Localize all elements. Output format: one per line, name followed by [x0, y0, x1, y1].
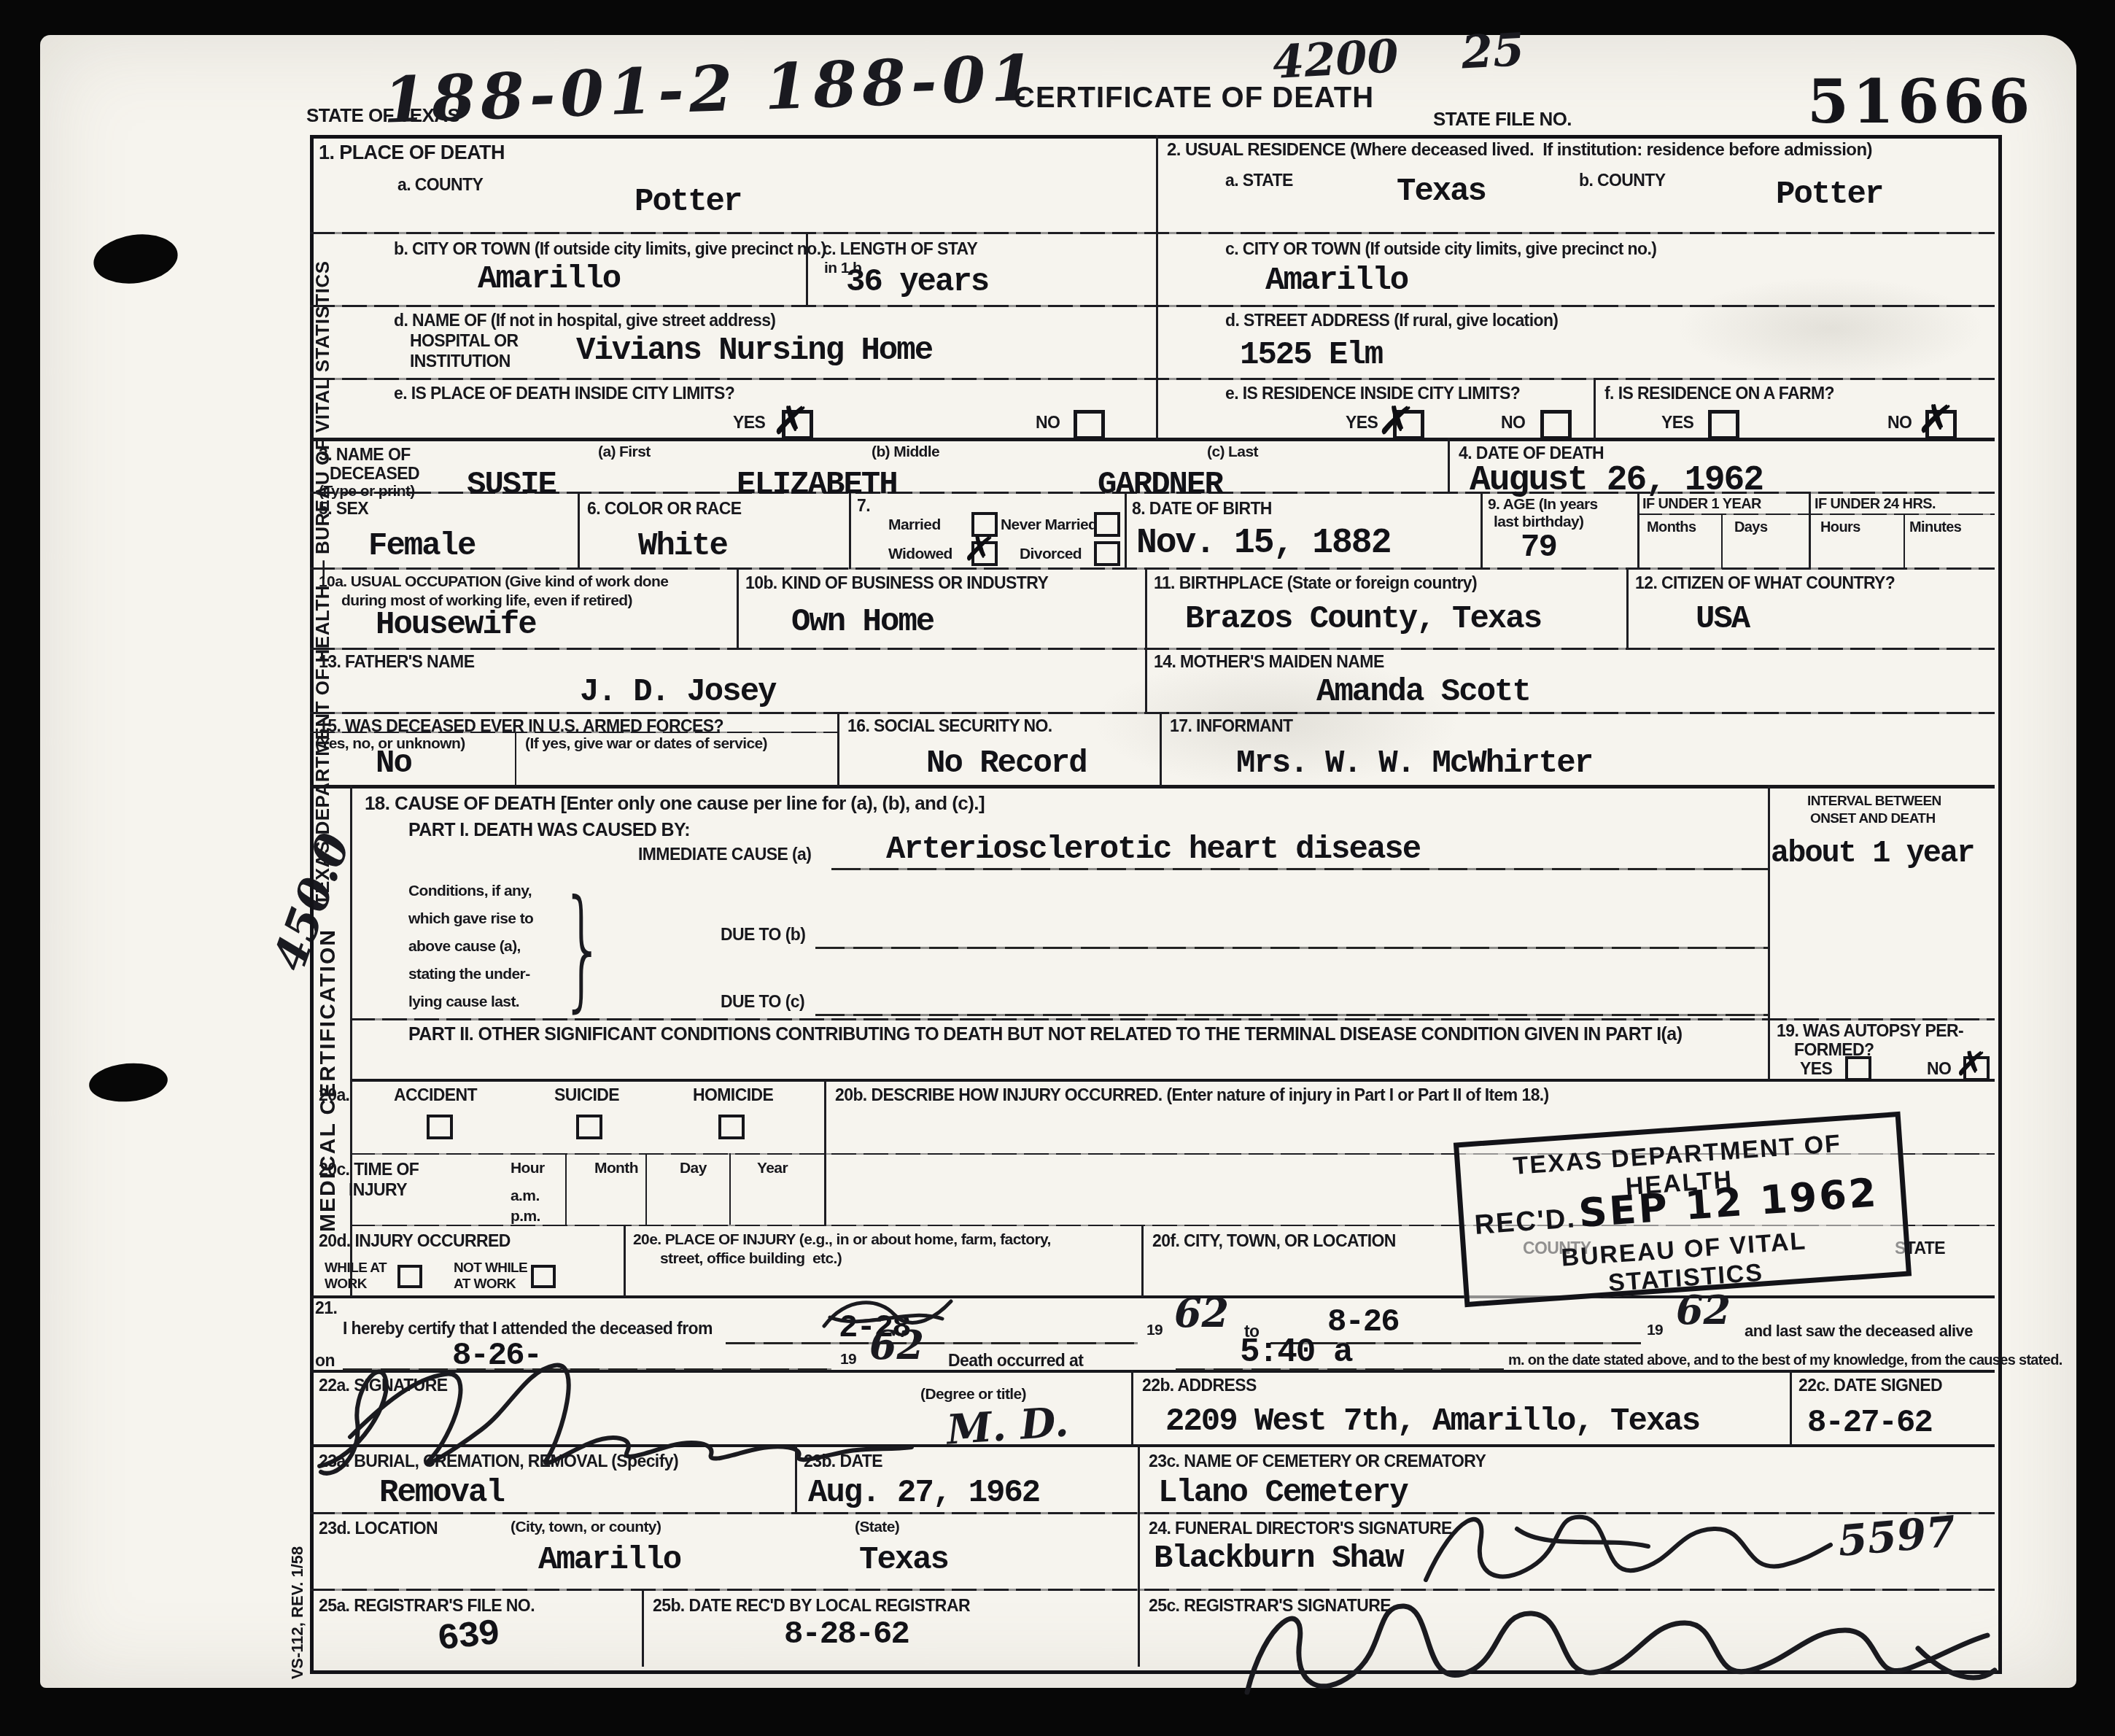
year-19-prefix-b: 19	[1647, 1322, 1663, 1339]
field-2d-value: 1525 Elm	[1240, 337, 1382, 373]
field-3-middle-label: (b) Middle	[872, 443, 939, 461]
field-9-under1-label: IF UNDER 1 YEAR	[1642, 496, 1761, 513]
field-17-value: Mrs. W. W. McWhirter	[1236, 745, 1592, 782]
not-while-at-work-label1: NOT WHILE	[454, 1260, 527, 1276]
field-2e-label: e. IS RESIDENCE INSIDE CITY LIMITS?	[1225, 384, 1520, 403]
grid-line	[1903, 514, 1905, 569]
field-12-value: USA	[1696, 601, 1749, 638]
homicide-label: HOMICIDE	[693, 1085, 773, 1105]
field-9-days-label: Days	[1734, 519, 1767, 536]
stamp-recd-label: REC'D.	[1473, 1203, 1577, 1241]
grid-line	[1160, 712, 1162, 786]
field-20a-label: 20a.	[319, 1085, 349, 1105]
field-2c-label: c. CITY OR TOWN (If outside city limits,…	[1225, 239, 1656, 259]
grid-line	[310, 1295, 1995, 1298]
field-20b-label: 20b. DESCRIBE HOW INJURY OCCURRED. (Ente…	[835, 1085, 1549, 1105]
field-7-never-checkbox	[1094, 512, 1120, 537]
field-10a-label1: 10a. USUAL OCCUPATION (Give kind of work…	[319, 573, 668, 591]
conditions-note-1: Conditions, if any,	[408, 883, 532, 900]
field-17-label: 17. INFORMANT	[1170, 716, 1293, 736]
interval-label2: ONSET AND DEATH	[1810, 811, 1936, 827]
grid-line	[1145, 567, 1147, 713]
field-2f-no-mark: ✗	[1915, 396, 1956, 443]
grid-line	[310, 712, 1995, 714]
not-while-at-work-label2: AT WORK	[454, 1276, 516, 1293]
field-24-label: 24. FUNERAL DIRECTOR'S SIGNATURE	[1149, 1519, 1452, 1538]
year-19-prefix-a: 19	[1146, 1322, 1163, 1339]
grid-line	[1448, 438, 1450, 494]
field-14-value: Amanda Scott	[1316, 674, 1530, 710]
field-21-number: 21.	[315, 1298, 337, 1318]
field-10b-label: 10b. KIND OF BUSINESS OR INDUSTRY	[745, 573, 1048, 593]
field-20f-label: 20f. CITY, TOWN, OR LOCATION	[1152, 1231, 1396, 1251]
grid-line	[1156, 135, 1158, 440]
field-8-label: 8. DATE OF BIRTH	[1132, 499, 1272, 519]
field-25b-label: 25b. DATE REC'D BY LOCAL REGISTRAR	[653, 1596, 970, 1616]
grid-line	[310, 648, 1995, 650]
field-2d-label: d. STREET ADDRESS (If rural, give locati…	[1225, 311, 1558, 330]
field-13-label: 13. FATHER'S NAME	[319, 652, 474, 672]
grid-line	[515, 732, 516, 786]
field-4-label: 4. DATE OF DEATH	[1459, 443, 1604, 463]
field-7-divorced-checkbox	[1094, 541, 1120, 566]
writing-line	[726, 1342, 1138, 1344]
immediate-cause-label: IMMEDIATE CAUSE (a)	[638, 845, 811, 864]
field-23a-label: 23a. BURIAL, CREMATION, REMOVAL (Specify…	[319, 1452, 678, 1471]
field-3-first-value: SUSIE	[467, 467, 556, 503]
field-5-label: 5. SEX	[319, 499, 368, 519]
field-14-label: 14. MOTHER'S MAIDEN NAME	[1154, 652, 1384, 672]
field-19-no-label: NO	[1927, 1059, 1951, 1079]
grid-line	[1138, 1444, 1140, 1590]
grid-line	[1809, 492, 1811, 569]
field-7-divorced-label: Divorced	[1020, 546, 1082, 563]
field-3-last-value: GARDNER	[1098, 467, 1222, 503]
field-2f-no-label: NO	[1887, 413, 1912, 433]
field-19-label1: 19. WAS AUTOPSY PER-	[1777, 1021, 1963, 1041]
pm-label: p.m.	[511, 1208, 540, 1225]
death-occurred-label: Death occurred at	[948, 1351, 1083, 1371]
field-2c-value: Amarillo	[1265, 263, 1408, 299]
field-9-label1: 9. AGE (In years	[1488, 496, 1598, 514]
field-2e-no-checkbox	[1540, 410, 1572, 440]
field-20d-label: 20d. INJURY OCCURRED	[319, 1231, 511, 1251]
field-15-label: 15. WAS DECEASED EVER IN U.S. ARMED FORC…	[319, 716, 723, 736]
grid-line	[310, 378, 1995, 380]
field-16-label: 16. SOCIAL SECURITY NO.	[847, 716, 1052, 736]
field-2e-no-label: NO	[1501, 413, 1525, 433]
homicide-checkbox	[718, 1115, 745, 1139]
field-12-label: 12. CITIZEN OF WHAT COUNTRY?	[1635, 573, 1895, 593]
interval-label1: INTERVAL BETWEEN	[1807, 794, 1941, 810]
field-2e-yes-label: YES	[1346, 413, 1378, 433]
field-7-never-label: Never Married	[1001, 516, 1097, 534]
field-9-value: 79	[1521, 530, 1556, 566]
due-to-b-label: DUE TO (b)	[721, 925, 805, 945]
field-2-title: 2. USUAL RESIDENCE (Where deceased lived…	[1167, 140, 1872, 160]
field-20e-label2: street, office building etc.)	[660, 1250, 842, 1268]
certify-text-2: and last saw the deceased alive	[1745, 1322, 1973, 1341]
grid-line	[1790, 1370, 1792, 1446]
field-23b-value: Aug. 27, 1962	[808, 1475, 1039, 1511]
grid-line	[624, 1225, 626, 1297]
grid-line	[1637, 514, 1995, 515]
grid-line	[1480, 492, 1483, 569]
writing-line	[815, 947, 1768, 949]
grid-line	[310, 305, 1995, 307]
field-10b-value: Own Home	[791, 604, 934, 640]
field-10a-value: Housewife	[376, 607, 536, 643]
field-9-under24-label: IF UNDER 24 HRS.	[1815, 496, 1936, 513]
field-11-label: 11. BIRTHPLACE (State or foreign country…	[1154, 573, 1477, 593]
conditions-note-3: above cause (a),	[408, 938, 521, 956]
field-1e-yes-label: YES	[733, 413, 765, 433]
field-3-title1: 3. NAME OF	[319, 445, 411, 465]
field-25a-value: 639	[435, 1613, 501, 1661]
grid-line	[310, 232, 1995, 234]
field-9-months-label: Months	[1647, 519, 1696, 536]
day-label: Day	[680, 1160, 707, 1177]
field-23d-state-value: Texas	[859, 1542, 948, 1578]
grid-line	[565, 1153, 567, 1225]
field-1a-value: Potter	[634, 184, 741, 220]
field-22b-value: 2209 West 7th, Amarillo, Texas	[1165, 1403, 1699, 1440]
field-13-value: J. D. Josey	[580, 674, 775, 710]
sidebar-form-code: VS-112, REV. 1/58	[288, 1532, 307, 1693]
field-23d-sub1: (City, town, or county)	[511, 1519, 661, 1536]
field-5-value: Female	[368, 528, 475, 565]
grid-line	[642, 1589, 644, 1667]
received-stamp: TEXAS DEPARTMENT OF HEALTH REC'D. SEP 12…	[1454, 1112, 1912, 1307]
field-3-title2: DECEASED	[330, 464, 419, 484]
year-value-1: 62	[1174, 1290, 1229, 1336]
field-1c-label: c. LENGTH OF STAY	[823, 239, 977, 259]
field-1d-label2: HOSPITAL OR	[410, 331, 518, 351]
field-9-hours-label: Hours	[1820, 519, 1860, 536]
field-2b-label: b. COUNTY	[1579, 171, 1666, 190]
certify-text-1: I hereby certify that I attended the dec…	[343, 1319, 713, 1338]
field-4-value: August 26, 1962	[1470, 461, 1763, 500]
grid-line	[1721, 514, 1723, 569]
accident-checkbox	[427, 1115, 453, 1139]
grid-line	[350, 1079, 1995, 1082]
degree-or-title-label: (Degree or title)	[920, 1386, 1026, 1403]
conditions-note-4: stating the under-	[408, 966, 530, 983]
field-23d-label: 23d. LOCATION	[319, 1519, 438, 1538]
field-1d-label3: INSTITUTION	[410, 352, 511, 371]
year-value-2: 62	[1676, 1287, 1731, 1333]
field-1e-label: e. IS PLACE OF DEATH INSIDE CITY LIMITS?	[394, 384, 734, 403]
grid-line	[645, 1153, 647, 1225]
field-1d-label: d. NAME OF (If not in hospital, give str…	[394, 311, 775, 330]
page-title: CERTIFICATE OF DEATH	[1014, 82, 1374, 115]
field-25b-value: 8-28-62	[784, 1616, 909, 1653]
field-18-header: 18. CAUSE OF DEATH [Enter only one cause…	[365, 792, 985, 815]
funeral-director-number: 5597	[1836, 1506, 1957, 1566]
field-19-no-mark: ✗	[1954, 1044, 1989, 1084]
field-7-label: 7.	[857, 496, 870, 516]
not-while-at-work-checkbox	[531, 1265, 556, 1288]
field-23b-label: 23b. DATE	[804, 1452, 882, 1471]
conditions-note-5: lying cause last.	[408, 993, 519, 1011]
field-2f-yes-checkbox	[1708, 410, 1739, 440]
grid-line	[310, 438, 1995, 441]
field-7-married-label: Married	[888, 516, 941, 534]
field-22b-label: 22b. ADDRESS	[1142, 1376, 1257, 1395]
field-23c-label: 23c. NAME OF CEMETERY OR CREMATORY	[1149, 1452, 1486, 1471]
while-at-work-checkbox	[397, 1265, 422, 1288]
part2-text: PART II. OTHER SIGNIFICANT CONDITIONS CO…	[408, 1024, 1682, 1045]
field-1e-no-checkbox	[1074, 410, 1105, 440]
field-1c-value: 36 years	[846, 264, 988, 301]
field-1-title: 1. PLACE OF DEATH	[319, 142, 505, 164]
field-3-title3: (Type or print)	[319, 483, 415, 500]
immediate-cause-value: Arteriosclerotic heart disease	[886, 832, 1420, 868]
grid-line	[1131, 1370, 1133, 1446]
field-25a-label: 25a. REGISTRAR'S FILE NO.	[319, 1596, 535, 1616]
field-8-value: Nov. 15, 1882	[1136, 524, 1390, 563]
field-16-value: No Record	[926, 745, 1087, 782]
grid-line	[310, 567, 1995, 570]
hour-label: Hour	[511, 1160, 545, 1177]
suicide-label: SUICIDE	[554, 1085, 619, 1105]
state-file-no-label: STATE FILE NO.	[1433, 108, 1572, 131]
grid-line	[837, 712, 839, 786]
field-9-minutes-label: Minutes	[1909, 519, 1961, 536]
field-19-yes-checkbox	[1845, 1056, 1871, 1081]
field-1e-no-label: NO	[1036, 413, 1060, 433]
grid-line	[578, 492, 580, 569]
field-23a-value: Removal	[379, 1475, 504, 1511]
certify-text-3: m. on the date stated above, and to the …	[1508, 1352, 2062, 1369]
field-3-last-label: (c) Last	[1207, 443, 1258, 461]
field-22c-label: 22c. DATE SIGNED	[1798, 1376, 1942, 1395]
field-2a-value: Texas	[1397, 174, 1486, 210]
accident-label: ACCIDENT	[394, 1085, 477, 1105]
field-7-widowed-label: Widowed	[888, 546, 952, 563]
field-1e-yes-mark: ✗	[770, 398, 811, 444]
field-15-sub2: (If yes, give war or dates of service)	[525, 735, 767, 753]
field-23c-value: Llano Cemetery	[1158, 1475, 1408, 1511]
while-at-work-label2: WORK	[325, 1276, 367, 1293]
field-2b-value: Potter	[1776, 177, 1882, 213]
grid-line	[824, 1080, 826, 1226]
field-1d-value: Vivians Nursing Home	[576, 333, 932, 369]
grid-line	[310, 785, 1995, 788]
field-2e-yes-mark: ✗	[1375, 398, 1416, 444]
field-2f-label: f. IS RESIDENCE ON A FARM?	[1604, 384, 1834, 403]
field-20c-label2: INJURY	[349, 1180, 407, 1200]
registrar-signature	[1233, 1561, 2006, 1721]
state-file-number: 51666	[1807, 67, 2033, 137]
writing-line	[831, 868, 1768, 870]
year-label: Year	[757, 1160, 788, 1177]
grid-line	[350, 785, 352, 1297]
field-2f-yes-label: YES	[1661, 413, 1693, 433]
md-handwritten: M. D.	[945, 1398, 1070, 1454]
grid-line	[729, 1153, 731, 1225]
grid-line	[1138, 1589, 1140, 1667]
grid-line	[1768, 785, 1770, 1080]
field-1a-label: a. COUNTY	[397, 175, 483, 195]
field-9-label2: last birthday)	[1494, 514, 1583, 531]
field-23d-sub2: (State)	[855, 1519, 899, 1536]
field-6-label: 6. COLOR OR RACE	[587, 499, 741, 519]
field-3-first-label: (a) First	[598, 443, 651, 461]
field-1b-value: Amarillo	[478, 261, 620, 298]
time-of-death-value: 5:40 a	[1240, 1333, 1352, 1371]
conditions-note-2: which gave rise to	[408, 910, 533, 928]
writing-line	[815, 1014, 1768, 1016]
field-1b-label: b. CITY OR TOWN (If outside city limits,…	[394, 239, 826, 259]
field-11-value: Brazos County, Texas	[1185, 601, 1541, 638]
field-20e-label1: 20e. PLACE OF INJURY (e.g., in or about …	[633, 1231, 1051, 1249]
field-20c-label1: 20c. TIME OF	[319, 1160, 419, 1179]
field-15-value: No	[376, 745, 411, 782]
grid-line	[1626, 567, 1629, 649]
part1-label: PART I. DEATH WAS CAUSED BY:	[408, 820, 690, 841]
while-at-work-label1: WHILE AT	[325, 1260, 387, 1276]
grid-line	[1637, 492, 1639, 569]
am-label: a.m.	[511, 1187, 540, 1205]
month-label: Month	[594, 1160, 638, 1177]
field-2a-label: a. STATE	[1225, 171, 1293, 190]
field-3-middle-value: ELIZABETH	[737, 467, 897, 503]
field-23d-city-value: Amarillo	[538, 1542, 680, 1578]
grid-line	[1594, 378, 1596, 440]
field-6-value: White	[638, 528, 727, 565]
conditions-brace: }	[560, 872, 606, 1025]
due-to-c-label: DUE TO (c)	[721, 992, 804, 1012]
field-22c-value: 8-27-62	[1807, 1405, 1932, 1441]
suicide-checkbox	[576, 1115, 602, 1139]
interval-value: about 1 year	[1771, 836, 1974, 871]
field-19-yes-label: YES	[1800, 1059, 1832, 1079]
grid-line	[737, 567, 739, 649]
field-7-widowed-mark: ✗	[962, 529, 997, 569]
grid-line	[1141, 1225, 1144, 1297]
scanned-death-certificate: TEXAS DEPARTMENT OF HEALTH — BUREAU OF V…	[0, 0, 2115, 1736]
